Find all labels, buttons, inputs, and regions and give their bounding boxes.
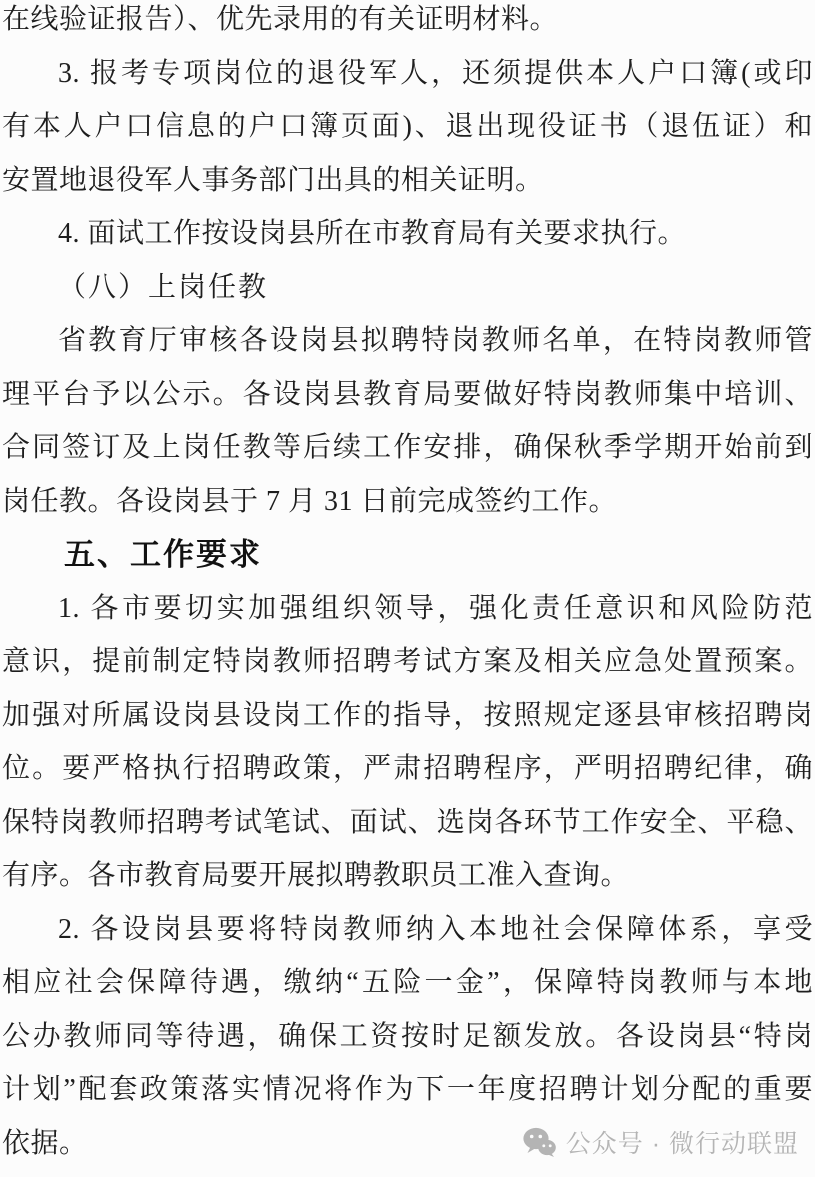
text-line: 安置地退役军人事务部门出具的相关证明。 xyxy=(2,154,813,208)
text-line: 相应社会保障待遇，缴纳“五险一金”，保障特岗教师与本地 xyxy=(2,956,813,1010)
document-lines: 在线验证报告）、优先录用的有关证明材料。3. 报考专项岗位的退役军人，还须提供本… xyxy=(2,0,813,1170)
sub-section-heading: （八）上岗任教 xyxy=(2,261,813,315)
watermark-label: 公众号 · 微行动联盟 xyxy=(566,1124,799,1160)
text-line: 省教育厅审核各设岗县拟聘特岗教师名单，在特岗教师管 xyxy=(2,314,813,368)
text-line: 岗任教。各设岗县于 7 月 31 日前完成签约工作。 xyxy=(2,475,813,529)
section-heading: 五、工作要求 xyxy=(2,528,813,582)
text-line: 3. 报考专项岗位的退役军人，还须提供本人户口簿(或印 xyxy=(2,47,813,101)
text-line: 有本人户口信息的户口簿页面)、退出现役证书（退伍证）和 xyxy=(2,100,813,154)
text-line: 2. 各设岗县要将特岗教师纳入本地社会保障体系，享受 xyxy=(2,903,813,957)
document-page: 在线验证报告）、优先录用的有关证明材料。3. 报考专项岗位的退役军人，还须提供本… xyxy=(0,0,815,1170)
text-line: 1. 各市要切实加强组织领导，强化责任意识和风险防范 xyxy=(2,582,813,636)
text-line: 公办教师同等待遇，确保工资按时足额发放。各设岗县“特岗 xyxy=(2,1010,813,1064)
text-line: 合同签订及上岗任教等后续工作安排，确保秋季学期开始前到 xyxy=(2,421,813,475)
text-line: 意识，提前制定特岗教师招聘考试方案及相关应急处置预案。 xyxy=(2,635,813,689)
text-line: 在线验证报告）、优先录用的有关证明材料。 xyxy=(2,0,813,47)
text-line: 计划”配套政策落实情况将作为下一年度招聘计划分配的重要 xyxy=(2,1063,813,1117)
wechat-icon xyxy=(523,1127,556,1157)
text-line: 有序。各市教育局要开展拟聘教职员工准入查询。 xyxy=(2,849,813,903)
text-line: 保特岗教师招聘考试笔试、面试、选岗各环节工作安全、平稳、 xyxy=(2,796,813,850)
text-line: 4. 面试工作按设岗县所在市教育局有关要求执行。 xyxy=(2,207,813,261)
text-line: 理平台予以公示。各设岗县教育局要做好特岗教师集中培训、 xyxy=(2,368,813,422)
text-line: 位。要严格执行招聘政策，严肃招聘程序，严明招聘纪律，确 xyxy=(2,742,813,796)
watermark: 公众号 · 微行动联盟 xyxy=(523,1124,799,1160)
text-line: 加强对所属设岗县设岗工作的指导，按照规定逐县审核招聘岗 xyxy=(2,689,813,743)
